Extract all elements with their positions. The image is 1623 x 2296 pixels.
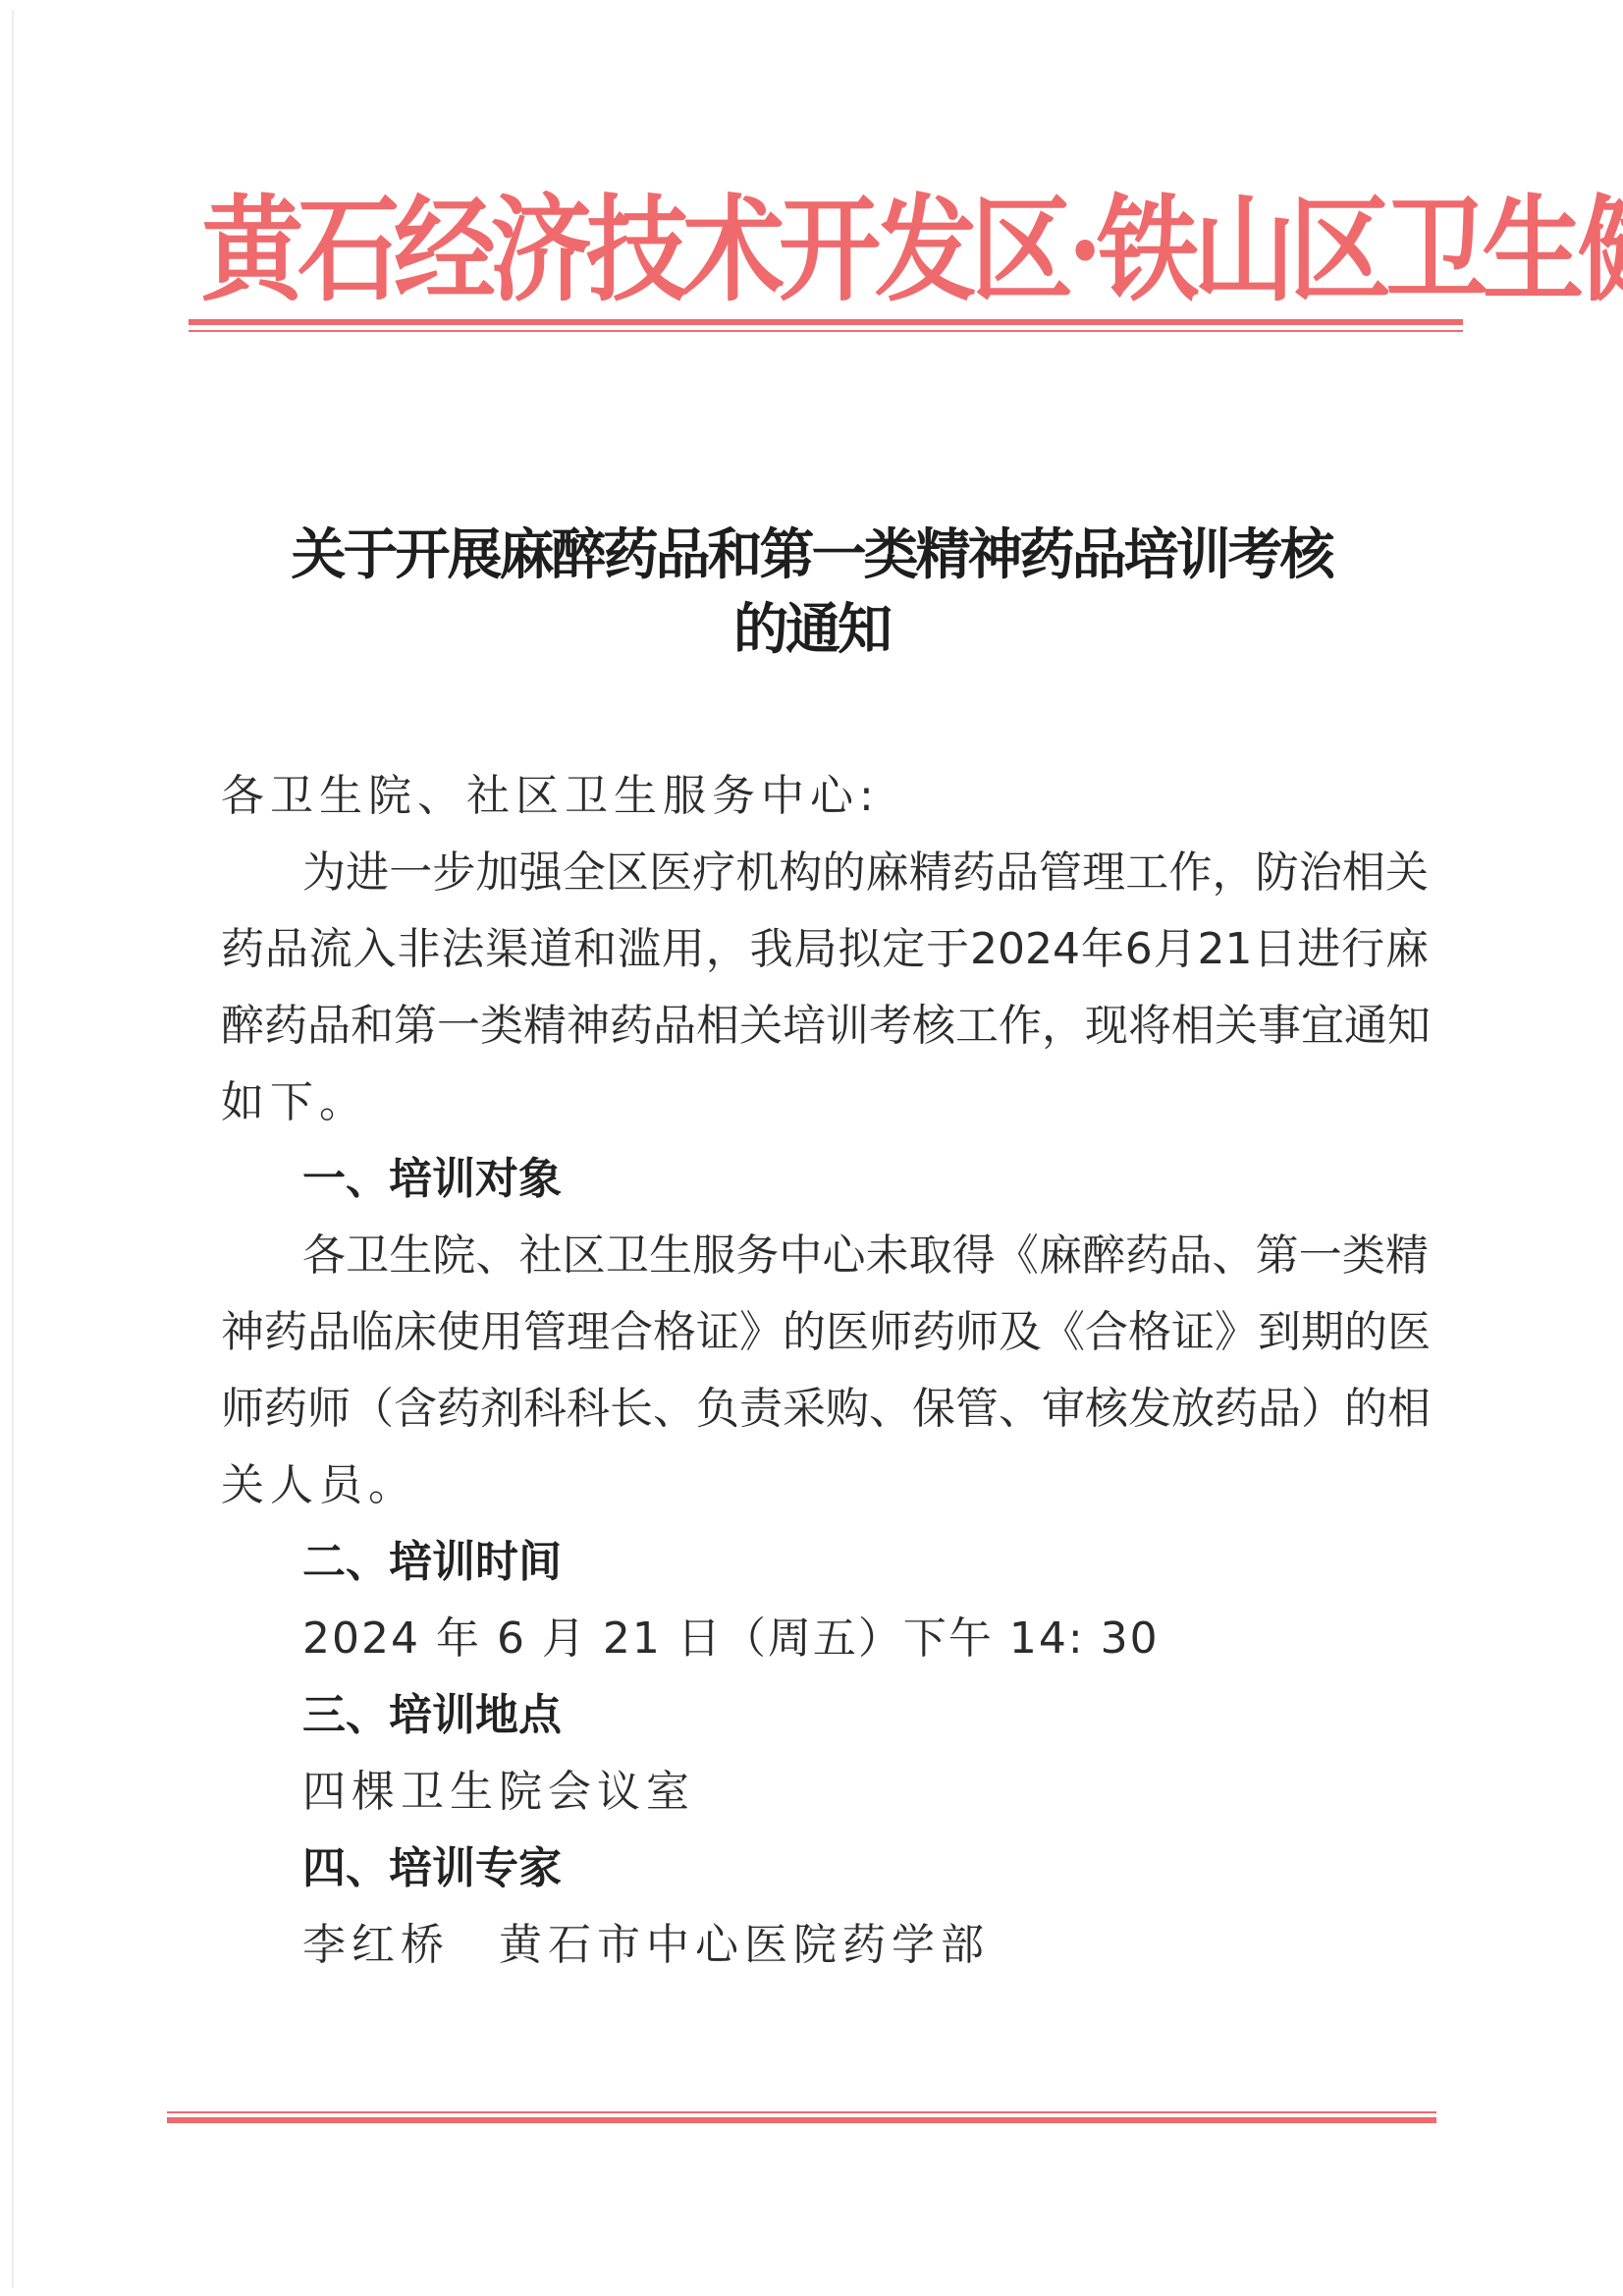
- document-title-line1: 关于开展麻醉药品和第一类精神药品培训考核: [0, 518, 1623, 592]
- letterhead-org-name: 黄石经济技术开发区·铁山区卫生健康局: [201, 179, 1458, 322]
- section-line: 各卫生院、社区卫生服务中心未取得《麻醉药品、第一类精: [302, 1230, 1429, 1282]
- section-heading-expert: 四、培训专家: [302, 1843, 562, 1894]
- page-edge-shadow: [12, 10, 14, 2288]
- section-heading-location: 三、培训地点: [302, 1690, 562, 1741]
- section-heading-trainees: 一、培训对象: [302, 1154, 562, 1205]
- intro-line: 为进一步加强全区医疗机构的麻精药品管理工作，防治相关: [302, 847, 1429, 899]
- section-heading-time: 二、培训时间: [302, 1537, 562, 1588]
- document-title-line2: 的通知: [0, 592, 1623, 667]
- footer-rule-thin: [167, 2111, 1436, 2113]
- section-line: 神药品临床使用管理合格证》的医师药师及《合格证》到期的医: [221, 1307, 1429, 1358]
- section-line: 师药师（含药剂科科长、负责采购、保管、审核发放药品）的相: [221, 1384, 1429, 1435]
- training-time: 2024 年 6 月 21 日（周五）下午 14: 30: [302, 1613, 1160, 1665]
- intro-line: 药品流入非法渠道和滥用，我局拟定于2024年6月21日进行麻: [221, 924, 1429, 975]
- letterhead-rule-thick: [189, 319, 1463, 325]
- training-location: 四棵卫生院会议室: [302, 1767, 695, 1818]
- intro-line: 醉药品和第一类精神药品相关培训考核工作，现将相关事宜通知: [221, 1001, 1429, 1052]
- letterhead-rule-thin: [189, 330, 1463, 332]
- training-expert: 李红桥 黄石市中心医院药学部: [302, 1920, 990, 1971]
- intro-line: 如下。: [221, 1077, 368, 1128]
- section-line: 关人员。: [221, 1460, 417, 1511]
- salutation: 各卫生院、社区卫生服务中心:: [221, 771, 880, 822]
- footer-rule-thick: [167, 2117, 1436, 2123]
